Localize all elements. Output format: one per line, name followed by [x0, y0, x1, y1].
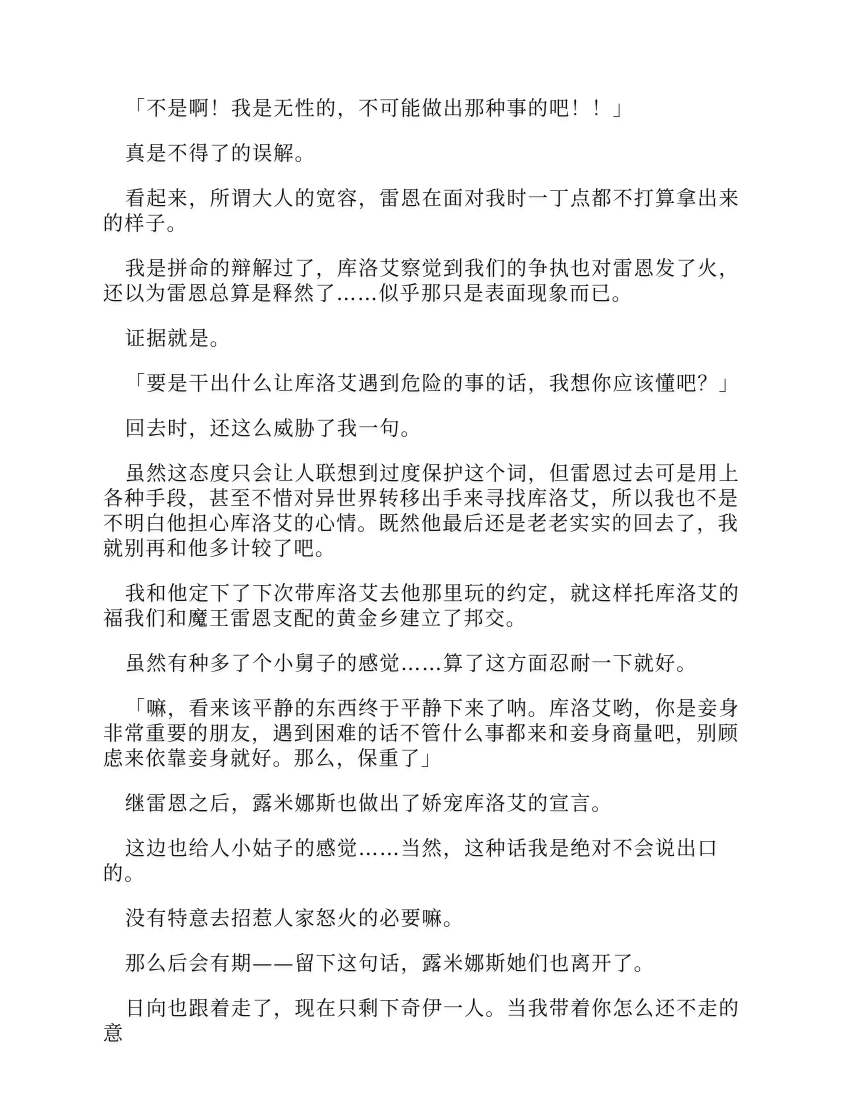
paragraph-defense: 我是拼命的辩解过了，库洛艾察觉到我们的争执也对雷恩发了火，还以为雷恩总算是释然了…: [103, 256, 747, 306]
paragraph-tolerance: 看起来，所谓大人的宽容，雷恩在面对我时一丁点都不打算拿出来的样子。: [103, 186, 747, 236]
paragraph-threat-narration: 回去时，还这么威胁了我一句。: [103, 416, 747, 441]
paragraph-misunderstanding: 真是不得了的误解。: [103, 141, 747, 166]
paragraph-agreement: 我和他定下了下次带库洛艾去他那里玩的约定，就这样托库洛艾的福我们和魔王雷恩支配的…: [103, 581, 747, 631]
paragraph-dialogue-threat: 「要是干出什么让库洛艾遇到危险的事的话，我想你应该懂吧？」: [103, 371, 747, 396]
document-page: 「不是啊！我是无性的，不可能做出那种事的吧！！」 真是不得了的误解。 看起来，所…: [103, 96, 747, 1066]
paragraph-evidence: 证据就是。: [103, 326, 747, 351]
paragraph-overprotection: 虽然这态度只会让人联想到过度保护这个词，但雷恩过去可是用上各种手段，甚至不惜对异…: [103, 461, 747, 561]
paragraph-farewell: 那么后会有期——留下这句话，露米娜斯她们也离开了。: [103, 951, 747, 976]
paragraph-brother-in-law: 虽然有种多了个小舅子的感觉……算了这方面忍耐一下就好。: [103, 651, 747, 676]
paragraph-luminous-declaration: 继雷恩之后，露米娜斯也做出了娇宠库洛艾的宣言。: [103, 791, 747, 816]
paragraph-hinata-leaves: 日向也跟着走了，现在只剩下奇伊一人。当我带着你怎么还不走的意: [103, 996, 747, 1046]
paragraph-no-provocation: 没有特意去招惹人家怒火的必要嘛。: [103, 906, 747, 931]
paragraph-dialogue-luminous: 「嘛，看来该平静的东西终于平静下来了呐。库洛艾哟，你是妾身非常重要的朋友，遇到困…: [103, 696, 747, 771]
paragraph-dialogue-denial: 「不是啊！我是无性的，不可能做出那种事的吧！！」: [103, 96, 747, 121]
paragraph-sister-in-law: 这边也给人小姑子的感觉……当然，这种话我是绝对不会说出口的。: [103, 836, 747, 886]
